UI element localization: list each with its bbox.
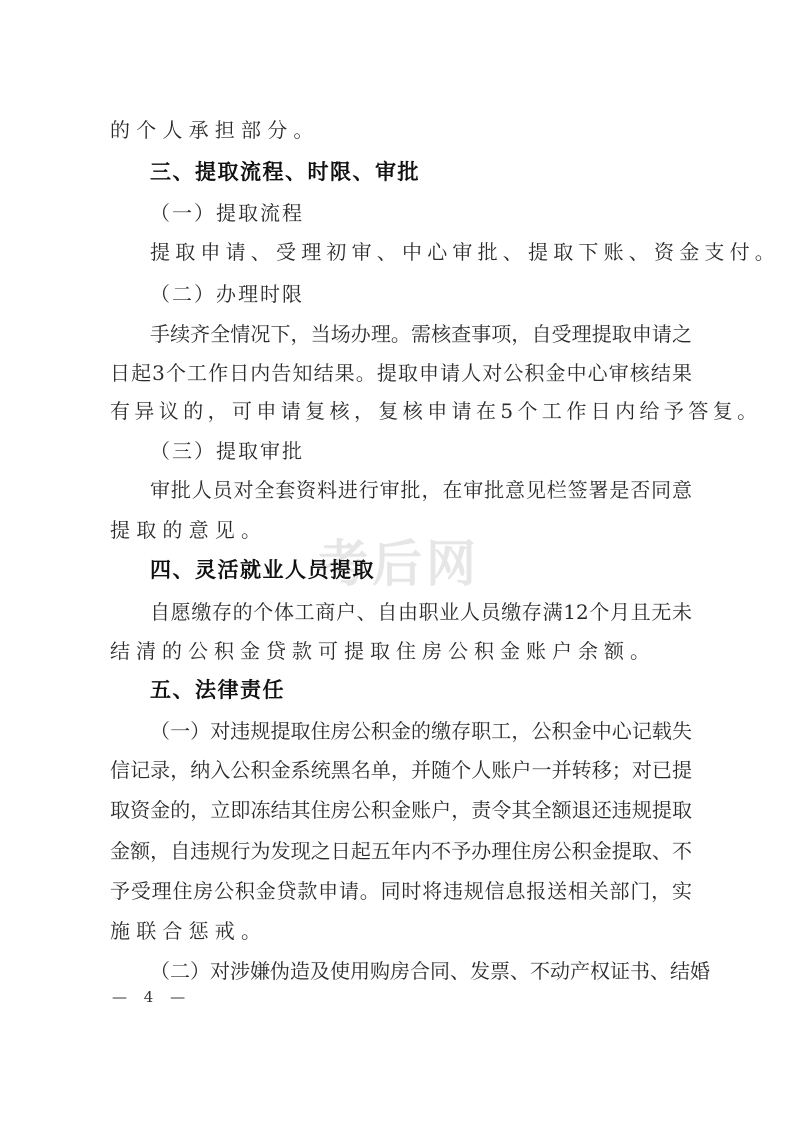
paragraph-line: 施联合惩戒。 xyxy=(110,916,692,946)
paragraph-line: 自愿缴存的个体工商户、自由职业人员缴存满12个月且无未 xyxy=(150,597,692,627)
paragraph-line: 审批人员对全套资料进行审批，在审批意见栏签署是否同意 xyxy=(150,475,692,505)
section-heading-5: 五、法律责任 xyxy=(150,675,692,705)
paragraph-line: 有异议的，可申请复核，复核申请在5个工作日内给予答复。 xyxy=(110,396,692,426)
section-heading-3: 三、提取流程、时限、审批 xyxy=(150,157,692,187)
subheading-time-limit: （二）办理时限 xyxy=(150,279,692,309)
paragraph-line: 予受理住房公积金贷款申请。同时将违规信息报送相关部门，实 xyxy=(110,876,692,906)
paragraph-line: 提取的意见。 xyxy=(110,515,692,545)
subheading-approval: （三）提取审批 xyxy=(150,436,692,466)
subheading-process: （一）提取流程 xyxy=(150,198,692,228)
document-page: 考后网 的个人承担部分。 三、提取流程、时限、审批 （一）提取流程 提取申请、受… xyxy=(0,0,800,1132)
paragraph-line: 取资金的，立即冻结其住房公积金账户，责令其全额退还违规提取 xyxy=(110,795,692,825)
paragraph-line: 金额，自违规行为发现之日起五年内不予办理住房公积金提取、不 xyxy=(110,836,692,866)
paragraph-line: （一）对违规提取住房公积金的缴存职工，公积金中心记载失 xyxy=(150,716,692,746)
paragraph-line: 信记录，纳入公积金系统黑名单，并随个人账户一并转移；对已提 xyxy=(110,755,692,785)
paragraph-line: 的个人承担部分。 xyxy=(110,115,692,145)
page-number: — 4 — xyxy=(112,987,191,1007)
paragraph-line: 结清的公积金贷款可提取住房公积金账户余额。 xyxy=(110,636,692,666)
paragraph-line: （二）对涉嫌伪造及使用购房合同、发票、不动产权证书、结婚 xyxy=(150,956,692,986)
paragraph-line: 手续齐全情况下，当场办理。需核查事项，自受理提取申请之 xyxy=(150,319,692,349)
paragraph-line: 日起3个工作日内告知结果。提取申请人对公积金中心审核结果 xyxy=(110,358,692,388)
section-heading-4: 四、灵活就业人员提取 xyxy=(150,555,692,585)
paragraph-line: 提取申请、受理初审、中心审批、提取下账、资金支付。 xyxy=(150,237,692,267)
